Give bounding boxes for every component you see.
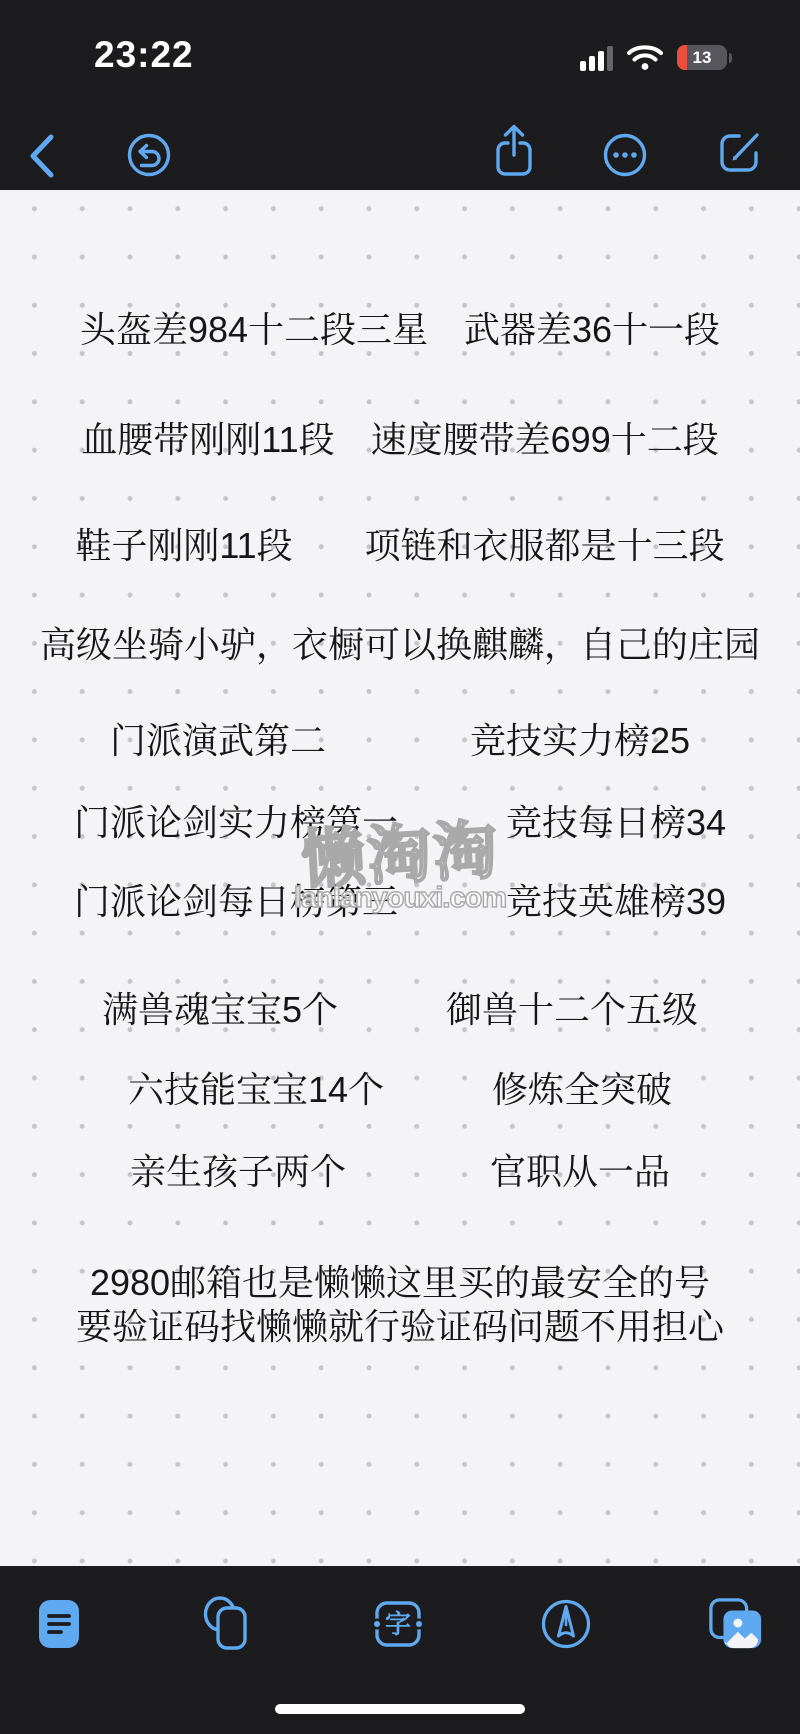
- note-line: 门派演武第二 竞技实力榜25: [0, 717, 800, 765]
- shapes-icon[interactable]: [199, 1596, 255, 1652]
- note-line: 六技能宝宝14个 修炼全突破: [0, 1066, 800, 1114]
- battery-icon: 13: [677, 45, 732, 70]
- wifi-icon: [627, 44, 663, 71]
- compose-icon[interactable]: [716, 126, 766, 176]
- home-indicator[interactable]: [275, 1704, 525, 1714]
- text-tool-icon[interactable]: 字: [370, 1596, 426, 1652]
- note-line: 满兽魂宝宝5个 御兽十二个五级: [0, 986, 800, 1034]
- template-icon[interactable]: [31, 1596, 87, 1652]
- note-line: 2980邮箱也是懒懒这里买的最安全的号: [0, 1259, 800, 1307]
- note-line: 血腰带刚刚11段 速度腰带差699十二段: [0, 416, 800, 464]
- note-canvas[interactable]: 头盔差984十二段三星 武器差36十一段 血腰带刚刚11段 速度腰带差699十二…: [0, 190, 800, 1566]
- status-time: 23:22: [94, 34, 194, 76]
- more-icon[interactable]: [602, 132, 648, 178]
- cellular-signal-icon: [580, 45, 613, 71]
- text-tool-glyph: 字: [385, 1609, 411, 1639]
- notes-app-screen: 23:22 13: [0, 0, 800, 1734]
- note-line: 鞋子刚刚11段 项链和衣服都是十三段: [0, 522, 800, 570]
- pen-tool-icon[interactable]: [538, 1596, 594, 1652]
- note-line: 门派论剑每日榜第三 竞技英雄榜39: [0, 878, 800, 926]
- note-line: 要验证码找懒懒就行验证码问题不用担心: [0, 1303, 800, 1351]
- note-line: 高级坐骑小驴，衣橱可以换麒麟，自己的庄园: [0, 621, 800, 669]
- bottom-toolbar: 字: [0, 1566, 800, 1734]
- photos-icon[interactable]: [708, 1596, 764, 1652]
- battery-percent: 13: [693, 48, 712, 68]
- share-icon[interactable]: [493, 122, 535, 178]
- nav-toolbar: [0, 96, 800, 190]
- status-icons: 13: [580, 44, 732, 71]
- back-chevron-icon[interactable]: [26, 132, 56, 180]
- note-line: 门派论剑实力榜第一 竞技每日榜34: [0, 799, 800, 847]
- undo-icon[interactable]: [126, 132, 172, 178]
- note-line: 头盔差984十二段三星 武器差36十一段: [0, 306, 800, 354]
- note-line: 亲生孩子两个 官职从一品: [0, 1148, 800, 1196]
- status-bar: 23:22 13: [0, 0, 800, 96]
